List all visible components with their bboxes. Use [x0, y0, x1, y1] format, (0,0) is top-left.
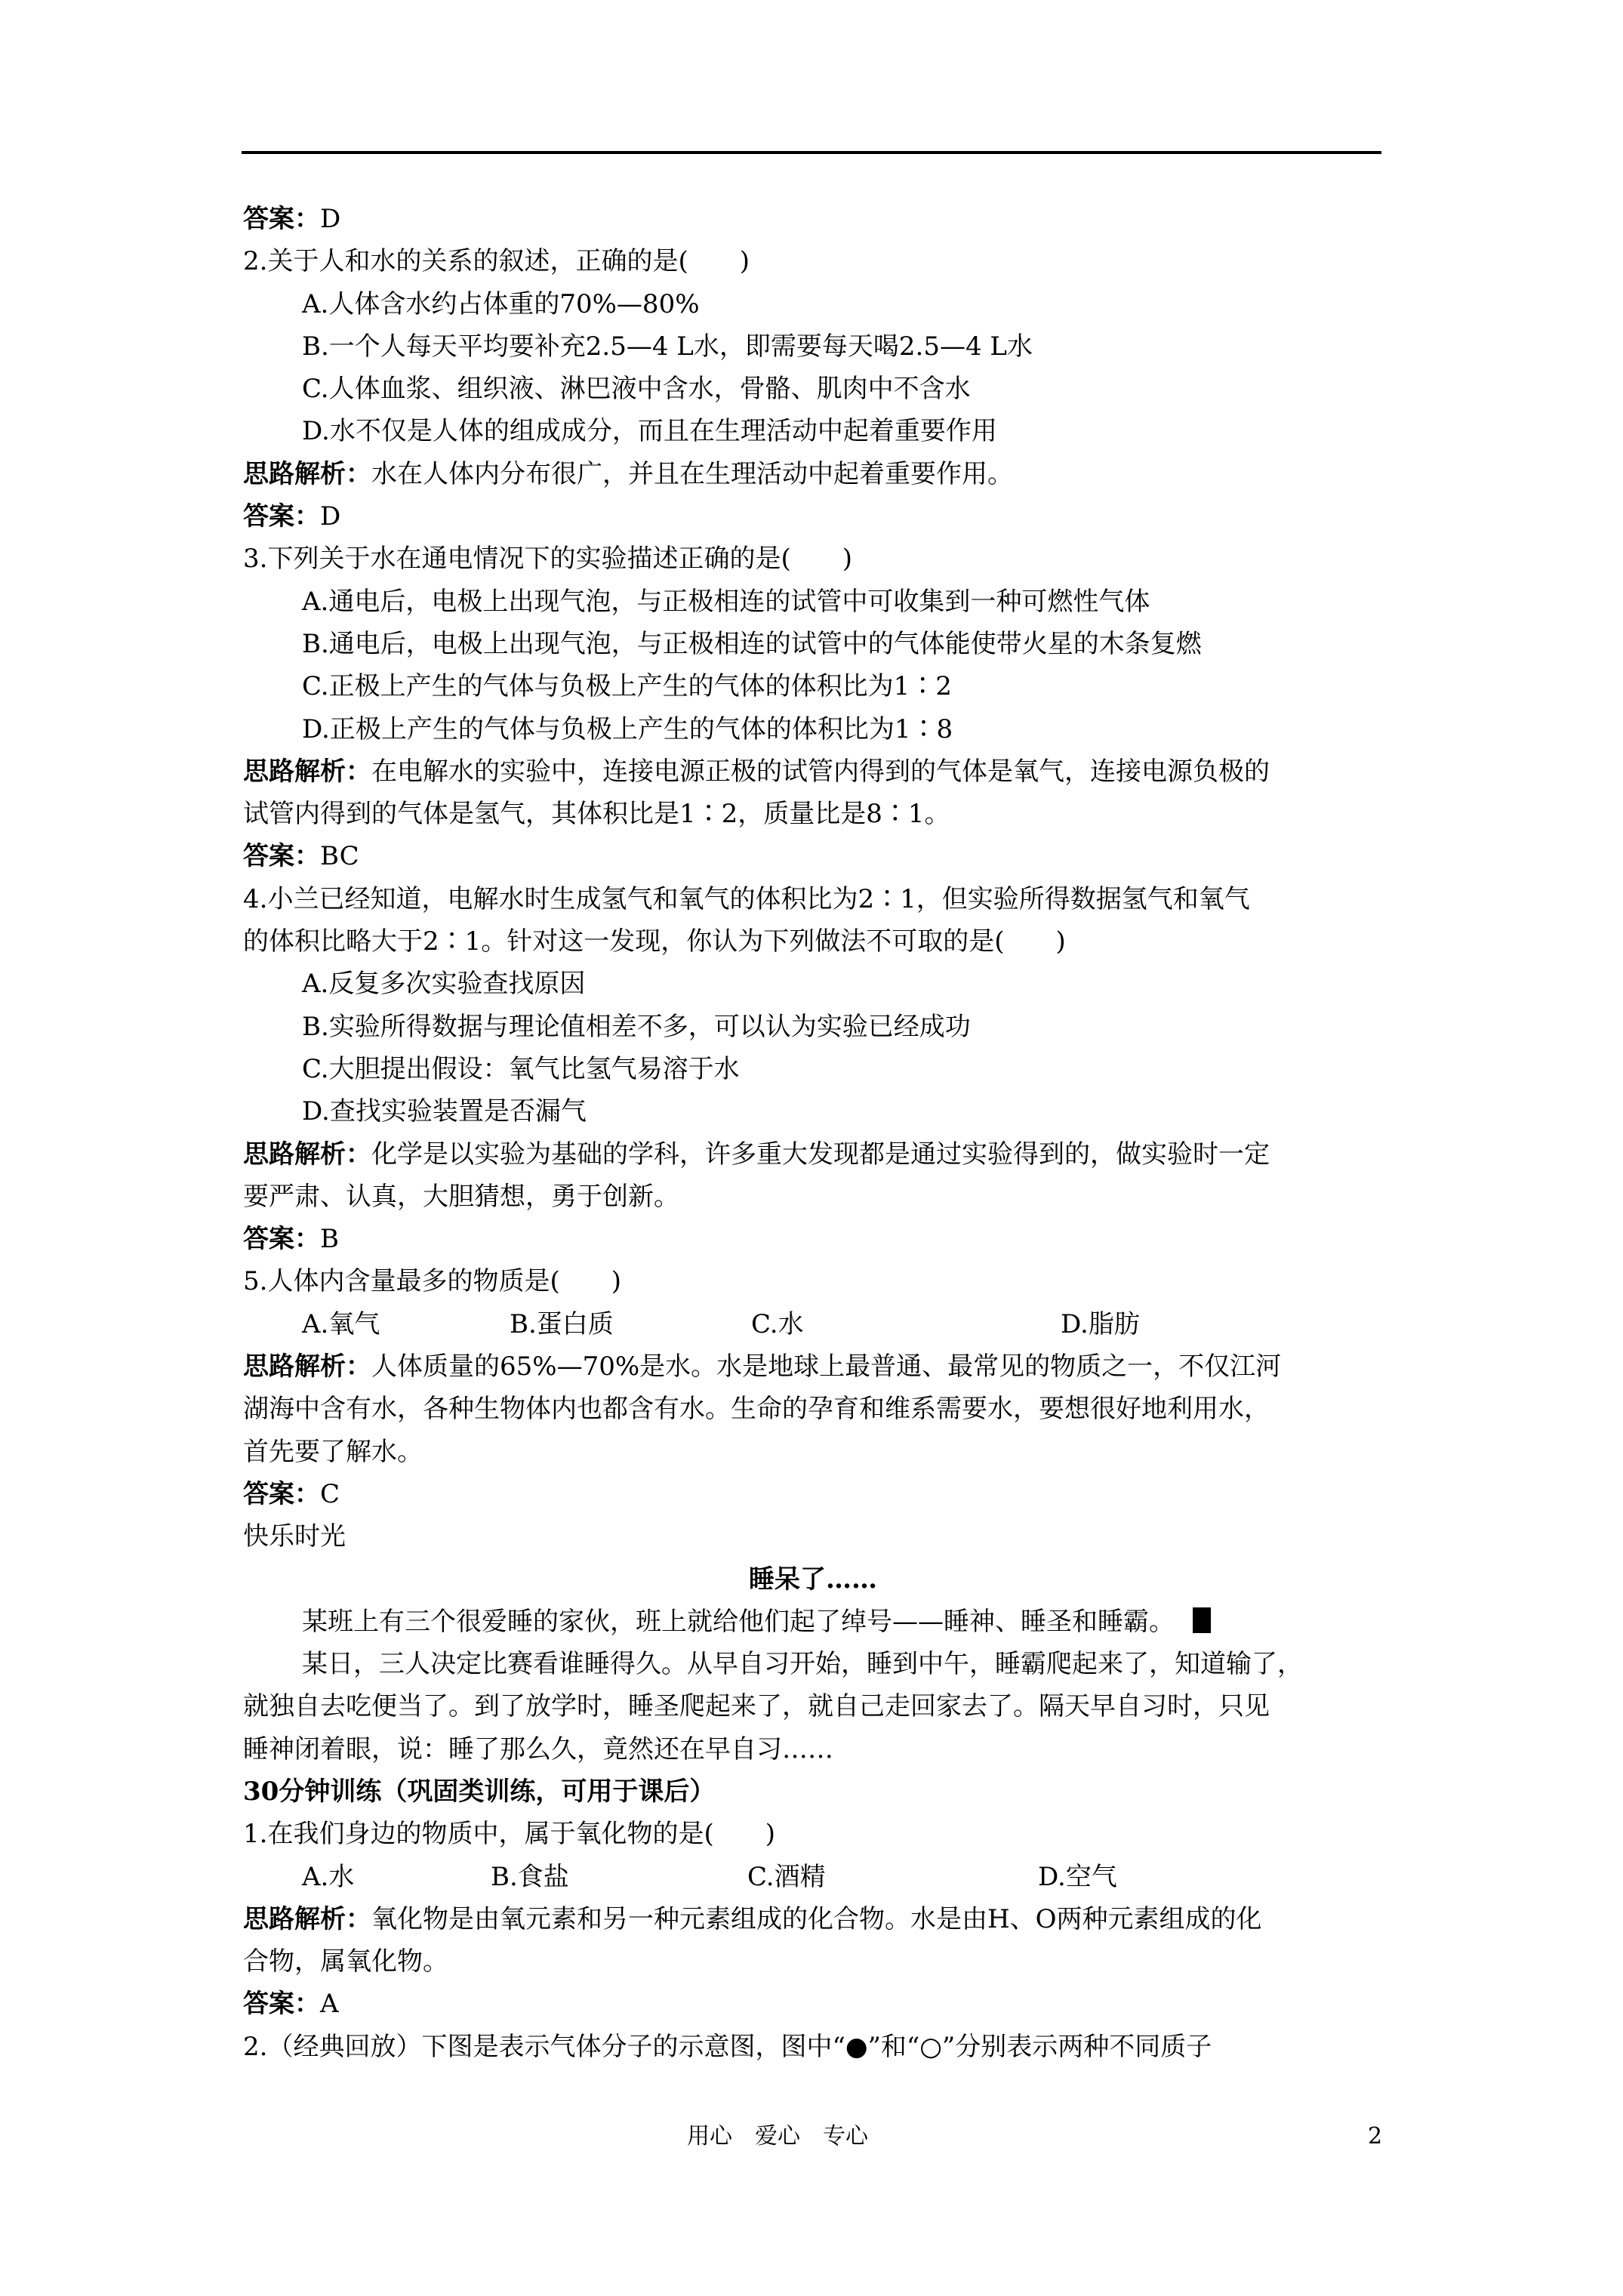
option-a: A.通电后，电极上出现气泡，与正极相连的试管中可收集到一种可燃性气体: [243, 581, 1383, 623]
section-heading-30min: 30分钟训练（巩固类训练，可用于课后）: [243, 1771, 1383, 1813]
story-title: 睡呆了……: [243, 1558, 1383, 1601]
analysis-label: 思路解析：: [243, 1139, 371, 1170]
analysis-continuation: 首先要了解水。: [243, 1431, 1383, 1473]
option-c: C.大胆提出假设：氧气比氢气易溶于水: [243, 1048, 1383, 1090]
answer-line: 答案：A: [243, 1983, 1383, 2025]
option-a: A.反复多次实验查找原因: [243, 963, 1383, 1005]
analysis-line: 思路解析：化学是以实验为基础的学科，许多重大发现都是通过实验得到的，做实验时一定: [243, 1133, 1383, 1176]
analysis-line: 思路解析：人体质量的65%—70%是水。水是地球上最普通、最常见的物质之一，不仅…: [243, 1345, 1383, 1388]
analysis-continuation: 湖海中含有水，各种生物体内也都含有水。生命的孕育和维系需要水，要想很好地利用水，: [243, 1388, 1383, 1430]
answer-label: 答案：: [243, 841, 320, 871]
option-d: D.脂肪: [1061, 1303, 1140, 1345]
analysis-line: 思路解析：氧化物是由氧元素和另一种元素组成的化合物。水是由H、O两种元素组成的化: [243, 1898, 1383, 1940]
black-square-icon: [1193, 1607, 1211, 1633]
option-c: C.水: [751, 1303, 804, 1345]
answer-value: C: [320, 1479, 340, 1509]
story-text: 某班上有三个很爱睡的家伙，班上就给他们起了绰号——睡神、睡圣和睡霸。: [302, 1607, 1175, 1637]
header-rule: [242, 151, 1381, 154]
story-continuation: 睡神闭着眼，说：睡了那么久，竟然还在早自习……: [243, 1728, 1383, 1771]
option-c: C.正极上产生的气体与负极上产生的气体的体积比为1∶2: [243, 665, 1383, 707]
analysis-continuation: 试管内得到的气体是氢气，其体积比是1∶2，质量比是8∶1。: [243, 793, 1383, 835]
answer-value: A: [320, 1989, 339, 2019]
analysis-continuation: 合物，属氧化物。: [243, 1940, 1383, 1983]
answer-label: 答案：: [243, 1989, 320, 2019]
answer-value: D: [320, 204, 340, 234]
document-body: 答案：D 2.关于人和水的关系的叙述，正确的是( ) A.人体含水约占体重的70…: [243, 198, 1383, 2068]
option-b: B.实验所得数据与理论值相差不多，可以认为实验已经成功: [243, 1006, 1383, 1048]
question-stem: 1.在我们身边的物质中，属于氧化物的是( ): [243, 1813, 1383, 1855]
option-b: B.蛋白质: [510, 1303, 614, 1345]
answer-line: 答案：BC: [243, 835, 1383, 877]
analysis-label: 思路解析：: [243, 459, 371, 489]
story-paragraph: 某班上有三个很爱睡的家伙，班上就给他们起了绰号——睡神、睡圣和睡霸。: [243, 1601, 1383, 1643]
answer-label: 答案：: [243, 204, 320, 234]
question-stem: 2.（经典回放）下图是表示气体分子的示意图，图中“●”和“○”分别表示两种不同质…: [243, 2026, 1383, 2068]
option-b: B.一个人每天平均要补充2.5—4 L水，即需要每天喝2.5—4 L水: [243, 325, 1383, 368]
option-c: C.酒精: [747, 1856, 826, 1898]
page-number: 2: [1368, 2122, 1382, 2152]
options-row: A.水 B.食盐 C.酒精 D.空气: [243, 1856, 1383, 1898]
answer-line: 答案：B: [243, 1218, 1383, 1260]
analysis-text: 在电解水的实验中，连接电源正极的试管内得到的气体是氧气，连接电源负极的: [371, 757, 1270, 787]
analysis-line: 思路解析：水在人体内分布很广，并且在生理活动中起着重要作用。: [243, 453, 1383, 495]
story-continuation: 就独自去吃便当了。到了放学时，睡圣爬起来了，就自己走回家去了。隔天早自习时，只见: [243, 1685, 1383, 1727]
analysis-text: 氧化物是由氧元素和另一种元素组成的化合物。水是由H、O两种元素组成的化: [371, 1904, 1262, 1934]
answer-value: B: [320, 1224, 339, 1254]
analysis-label: 思路解析：: [243, 1904, 371, 1934]
answer-line: 答案：D: [243, 495, 1383, 538]
option-c: C.人体血浆、组织液、淋巴液中含水，骨骼、肌肉中不含水: [243, 368, 1383, 410]
option-b: B.食盐: [491, 1856, 569, 1898]
story-paragraph: 某日，三人决定比赛看谁睡得久。从早自习开始，睡到中午，睡霸爬起来了，知道输了，: [243, 1643, 1383, 1685]
option-a: A.氧气: [302, 1303, 380, 1345]
answer-value: BC: [320, 841, 359, 871]
option-a: A.水: [302, 1856, 354, 1898]
answer-value: D: [320, 501, 340, 532]
question-stem: 3.下列关于水在通电情况下的实验描述正确的是( ): [243, 538, 1383, 580]
option-d: D.查找实验装置是否漏气: [243, 1090, 1383, 1133]
answer-line: 答案：D: [243, 198, 1383, 240]
question-stem-continuation: 的体积比略大于2∶1。针对这一发现，你认为下列做法不可取的是( ): [243, 920, 1383, 963]
analysis-text: 水在人体内分布很广，并且在生理活动中起着重要作用。: [371, 459, 1013, 489]
analysis-continuation: 要严肃、认真，大胆猜想，勇于创新。: [243, 1176, 1383, 1218]
analysis-line: 思路解析：在电解水的实验中，连接电源正极的试管内得到的气体是氧气，连接电源负极的: [243, 750, 1383, 793]
option-a: A.人体含水约占体重的70%—80%: [243, 283, 1383, 325]
analysis-text: 人体质量的65%—70%是水。水是地球上最普通、最常见的物质之一，不仅江河: [371, 1351, 1281, 1382]
question-stem: 5.人体内含量最多的物质是( ): [243, 1260, 1383, 1302]
analysis-text: 化学是以实验为基础的学科，许多重大发现都是通过实验得到的，做实验时一定: [371, 1139, 1270, 1170]
options-row: A.氧气 B.蛋白质 C.水 D.脂肪: [243, 1303, 1383, 1345]
answer-line: 答案：C: [243, 1473, 1383, 1515]
option-d: D.正极上产生的气体与负极上产生的气体的体积比为1∶8: [243, 708, 1383, 750]
analysis-label: 思路解析：: [243, 1351, 371, 1382]
option-b: B.通电后，电极上出现气泡，与正极相连的试管中的气体能使带火星的木条复燃: [243, 623, 1383, 665]
option-d: D.水不仅是人体的组成成分，而且在生理活动中起着重要作用: [243, 410, 1383, 452]
answer-label: 答案：: [243, 1479, 320, 1509]
option-d: D.空气: [1038, 1856, 1117, 1898]
analysis-label: 思路解析：: [243, 757, 371, 787]
answer-label: 答案：: [243, 501, 320, 532]
answer-label: 答案：: [243, 1224, 320, 1254]
question-stem: 2.关于人和水的关系的叙述，正确的是( ): [243, 240, 1383, 282]
question-stem: 4.小兰已经知道，电解水时生成氢气和氧气的体积比为2∶1，但实验所得数据氢气和氧…: [243, 878, 1383, 920]
section-heading-fun: 快乐时光: [243, 1515, 1383, 1558]
footer-motto: 用心 爱心 专心: [687, 2122, 868, 2152]
